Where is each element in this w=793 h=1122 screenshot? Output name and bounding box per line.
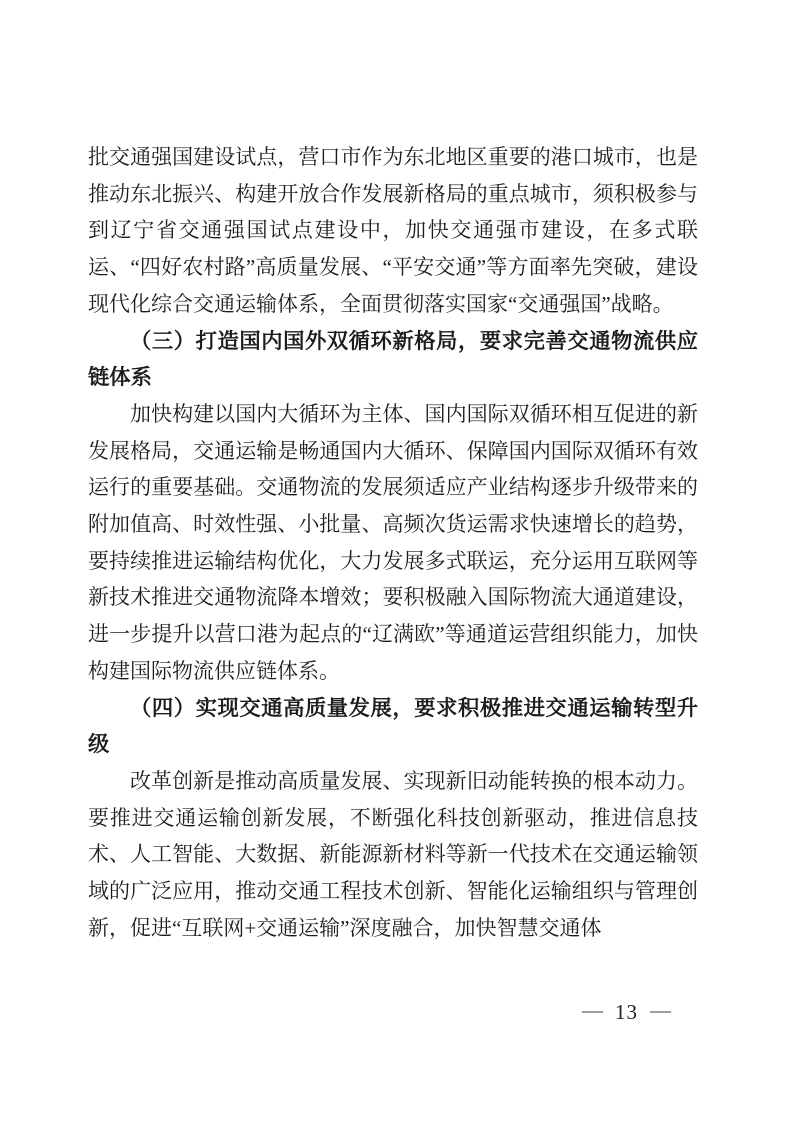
document-body: 批交通强国建设试点，营口市作为东北地区重要的港口城市，也是推动东北振兴、构建开放… [88, 139, 698, 946]
section-heading-3: （三）打造国内国外双循环新格局，要求完善交通物流供应链体系 [88, 323, 698, 396]
page-number-left-dash: — [582, 995, 603, 1025]
page-number-block: —13— [582, 997, 671, 1027]
document-page: 批交通强国建设试点，营口市作为东北地区重要的港口城市，也是推动东北振兴、构建开放… [0, 0, 793, 1122]
page-footer: —13— [0, 997, 793, 1027]
paragraph-double-circulation: 加快构建以国内大循环为主体、国内国际双循环相互促进的新发展格局，交通运输是畅通国… [88, 396, 698, 690]
paragraph-high-quality-development: 改革创新是推动高质量发展、实现新旧动能转换的根本动力。要推进交通运输创新发展，不… [88, 763, 698, 947]
paragraph-continuation: 批交通强国建设试点，营口市作为东北地区重要的港口城市，也是推动东北振兴、构建开放… [88, 139, 698, 323]
page-number: 13 [615, 997, 638, 1027]
page-number-right-dash: — [650, 995, 671, 1025]
section-heading-4: （四）实现交通高质量发展，要求积极推进交通运输转型升级 [88, 690, 698, 763]
